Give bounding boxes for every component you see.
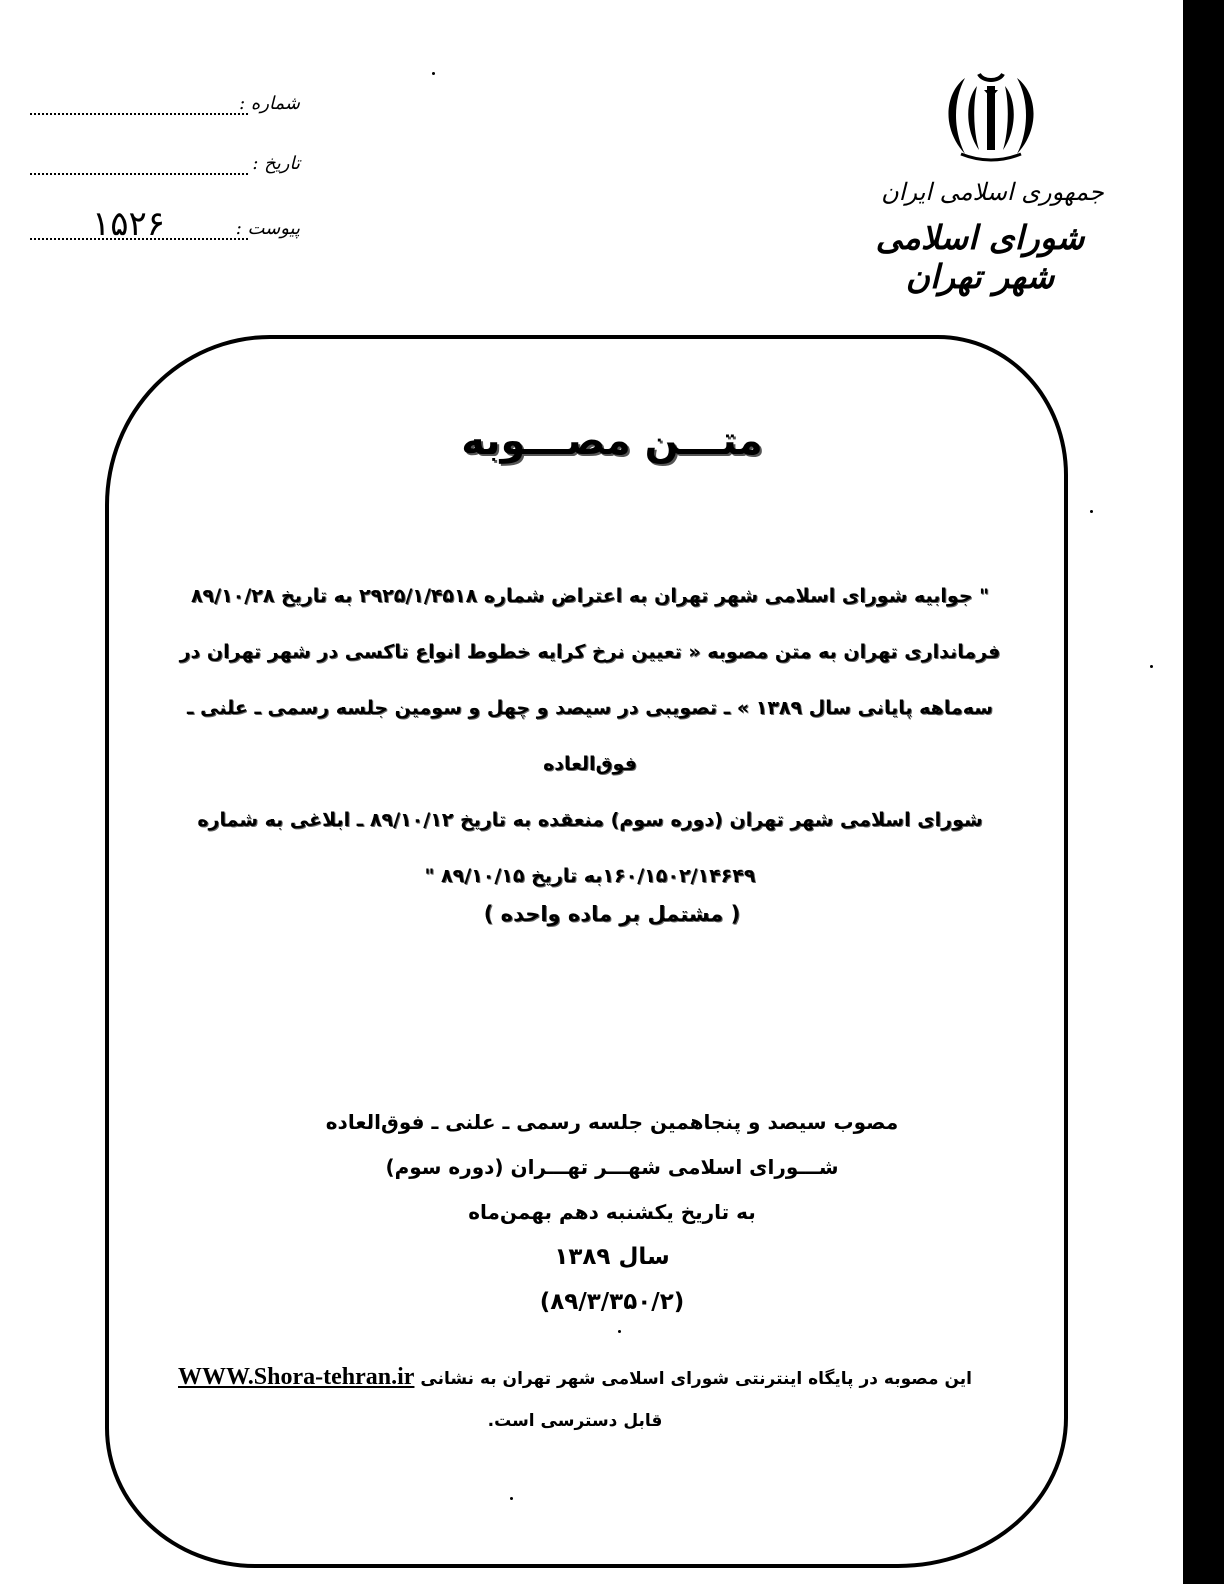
body-line: فرمانداری تهران به متن مصوبه « تعیین نرخ… <box>170 624 1010 680</box>
approval-block: مصوب سیصد و پنجاهمین جلسه رسمی ـ علنی ـ … <box>0 1100 1224 1325</box>
republic-heading: جمهوری اسلامی ایران <box>880 178 1105 206</box>
approval-line: مصوب سیصد و پنجاهمین جلسه رسمی ـ علنی ـ … <box>0 1100 1224 1145</box>
footer-text: این مصوبه در پایگاه اینترنتی شورای اسلام… <box>420 1369 972 1389</box>
council-heading: شورای اسلامی شهر تهران <box>850 218 1110 296</box>
approval-line: شـــورای اسلامی شهـــر تهـــران (دوره سو… <box>0 1145 1224 1190</box>
body-line: شورای اسلامی شهر تهران (دوره سوم) منعقده… <box>170 792 1010 848</box>
approval-line: به تاریخ یکشنبه دهم بهمن‌ماه <box>0 1190 1224 1235</box>
scan-speck <box>618 1330 621 1333</box>
scan-speck <box>1090 510 1093 513</box>
attachment-field: پیوست : ۱۵۲۶ <box>30 218 300 248</box>
footer-note: این مصوبه در پایگاه اینترنتی شورای اسلام… <box>150 1356 1000 1442</box>
scan-edge-bar <box>1183 0 1224 1584</box>
date-label: تاریخ : <box>252 153 300 174</box>
scan-speck <box>432 72 435 75</box>
dotted-line <box>30 113 248 115</box>
document-subject: ( مشتمل بر ماده واحده ) <box>0 902 1224 926</box>
footer-line-2: قابل دسترسی است. <box>150 1400 1000 1442</box>
date-field: تاریخ : <box>30 153 300 183</box>
attachment-handwritten-value: ۱۵۲۶ <box>92 204 165 244</box>
document-title: متـــن مصـــوبه <box>0 418 1224 464</box>
iran-emblem-icon <box>935 68 1047 164</box>
footer-line-1: این مصوبه در پایگاه اینترنتی شورای اسلام… <box>150 1356 1000 1400</box>
attachment-label: پیوست : <box>236 218 300 239</box>
dotted-line <box>30 173 248 175</box>
number-label: شماره : <box>239 93 300 114</box>
body-line: سه‌ماهه پایانی سال ۱۳۸۹ » ـ تصویبی در سی… <box>170 680 1010 792</box>
body-line: " جوابیه شورای اسلامی شهر تهران به اعترا… <box>170 568 1010 624</box>
scan-speck <box>1150 665 1153 668</box>
approval-year: سال ۱۳۸۹ <box>0 1235 1224 1280</box>
document-body: " جوابیه شورای اسلامی شهر تهران به اعترا… <box>170 568 1010 904</box>
number-field: شماره : <box>30 93 300 123</box>
body-line: ۱۶۰/۱۵۰۲/۱۴۶۴۹به تاریخ ۸۹/۱۰/۱۵ " <box>170 848 1010 904</box>
website-link[interactable]: WWW.Shora-tehran.ir <box>178 1364 414 1390</box>
approval-code: (۸۹/۳/۳۵۰/۲) <box>0 1280 1224 1325</box>
scan-speck <box>510 1497 513 1500</box>
